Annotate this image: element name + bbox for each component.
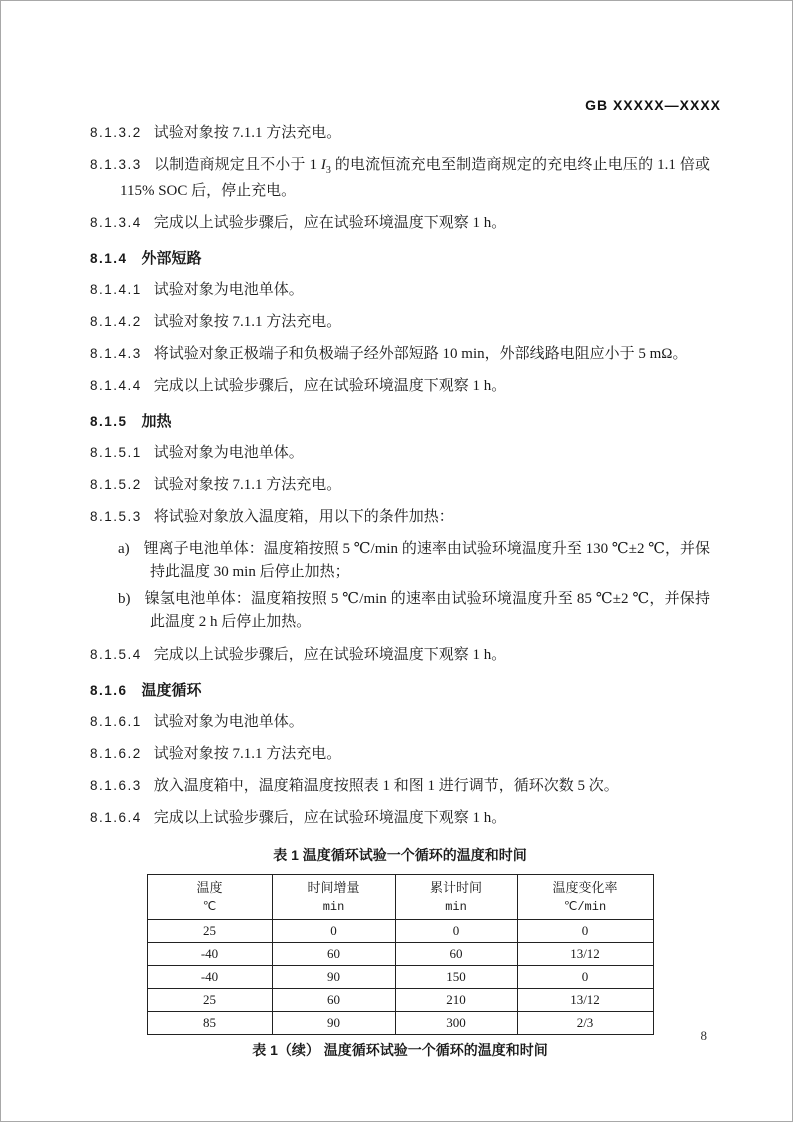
heating-conditions-list: a)锂离子电池单体：温度箱按照 5 ℃/min 的速率由试验环境温度升至 130… [90,538,710,634]
clause-text: 完成以上试验步骤后，应在试验环境温度下观察 1 h。 [154,378,507,394]
table-row: -40 60 60 13/12 [147,943,653,966]
heading-number: 8.1.5 [90,414,128,429]
clause-text: 将试验对象放入温度箱，用以下的条件加热： [154,509,454,525]
clause-text: 试验对象为电池单体。 [154,282,304,298]
list-marker: b) [118,591,131,607]
heading-number: 8.1.4 [90,251,128,266]
cell-temp-change-rate: 13/12 [517,943,653,966]
cell-temperature: -40 [147,943,272,966]
heading-8.1.5: 8.1.5加热 [90,411,710,432]
list-item-text: 锂离子电池单体：温度箱按照 5 ℃/min 的速率由试验环境温度升至 130 ℃… [144,541,710,580]
col-header-temperature: 温度 ℃ [147,875,272,920]
clause-8.1.5.3: 8.1.5.3将试验对象放入温度箱，用以下的条件加热： [90,506,710,528]
table1-title: 表 1 温度循环试验一个循环的温度和时间 [90,845,710,866]
clause-text: 试验对象为电池单体。 [154,714,304,730]
table-row: 85 90 300 2/3 [147,1012,653,1035]
clause-text: 将试验对象正极端子和负极端子经外部短路 10 min，外部线路电阻应小于 5 m… [154,346,688,362]
table-row: 25 60 210 13/12 [147,989,653,1012]
heading-8.1.6: 8.1.6温度循环 [90,680,710,701]
clause-text: 完成以上试验步骤后，应在试验环境温度下观察 1 h。 [154,810,507,826]
clause-8.1.5.1: 8.1.5.1试验对象为电池单体。 [90,442,710,464]
col-header-name: 温度 [148,878,272,898]
clause-text-pre: 以制造商规定且不小于 1 [154,157,321,173]
clause-8.1.5.4: 8.1.5.4完成以上试验步骤后，应在试验环境温度下观察 1 h。 [90,644,710,666]
clause-8.1.3.2: 8.1.3.2试验对象按 7.1.1 方法充电。 [90,122,710,144]
clause-number: 8.1.5.4 [90,647,142,662]
clause-number: 8.1.5.1 [90,445,142,460]
cell-temp-change-rate: 0 [517,920,653,943]
heading-text: 外部短路 [142,250,202,267]
col-header-name: 累计时间 [396,878,517,898]
table-header-row: 温度 ℃ 时间增量 min 累计时间 min 温度变化率 ℃/min [147,875,653,920]
cell-cumulative-time: 60 [395,943,517,966]
clause-number: 8.1.6.4 [90,810,142,825]
heading-8.1.4: 8.1.4外部短路 [90,248,710,269]
clause-number: 8.1.3.2 [90,125,142,140]
clause-number: 8.1.4.2 [90,314,142,329]
cell-temperature: -40 [147,966,272,989]
col-header-unit: ℃/min [518,898,653,916]
col-header-name: 时间增量 [273,878,395,898]
clause-number: 8.1.3.4 [90,215,142,230]
clause-8.1.4.2: 8.1.4.2试验对象按 7.1.1 方法充电。 [90,311,710,333]
col-header-time-increment: 时间增量 min [272,875,395,920]
table-row: -40 90 150 0 [147,966,653,989]
cell-temp-change-rate: 13/12 [517,989,653,1012]
clause-8.1.6.2: 8.1.6.2试验对象按 7.1.1 方法充电。 [90,743,710,765]
clause-text: 试验对象为电池单体。 [154,445,304,461]
cell-temperature: 85 [147,1012,272,1035]
cell-time-increment: 90 [272,966,395,989]
col-header-unit: min [396,898,517,916]
list-marker: a) [118,541,130,557]
doc-code: GB XXXXX—XXXX [585,97,721,113]
list-item-text: 镍氢电池单体：温度箱按照 5 ℃/min 的速率由试验环境温度升至 85 ℃±2… [145,591,711,630]
col-header-temp-change-rate: 温度变化率 ℃/min [517,875,653,920]
heading-number: 8.1.6 [90,683,128,698]
clause-8.1.3.3: 8.1.3.3以制造商规定且不小于 1 I3 的电流恒流充电至制造商规定的充电终… [90,154,710,202]
clause-8.1.6.1: 8.1.6.1试验对象为电池单体。 [90,711,710,733]
cell-cumulative-time: 0 [395,920,517,943]
clause-text: 完成以上试验步骤后，应在试验环境温度下观察 1 h。 [154,215,507,231]
clause-number: 8.1.3.3 [90,157,142,172]
col-header-cumulative-time: 累计时间 min [395,875,517,920]
cell-temp-change-rate: 2/3 [517,1012,653,1035]
clause-number: 8.1.4.4 [90,378,142,393]
clause-text: 试验对象按 7.1.1 方法充电。 [154,746,342,762]
clause-text: 试验对象按 7.1.1 方法充电。 [154,477,342,493]
table1-temperature-cycle: 温度 ℃ 时间增量 min 累计时间 min 温度变化率 ℃/min [147,874,654,1035]
clause-text: 试验对象按 7.1.1 方法充电。 [154,314,342,330]
cell-cumulative-time: 150 [395,966,517,989]
col-header-unit: ℃ [148,898,272,916]
clause-text: 放入温度箱中，温度箱温度按照表 1 和图 1 进行调节，循环次数 5 次。 [154,778,619,794]
col-header-unit: min [273,898,395,916]
heading-text: 温度循环 [142,682,202,699]
clause-8.1.4.3: 8.1.4.3将试验对象正极端子和负极端子经外部短路 10 min，外部线路电阻… [90,343,710,365]
clause-8.1.5.2: 8.1.5.2试验对象按 7.1.1 方法充电。 [90,474,710,496]
cell-temperature: 25 [147,989,272,1012]
clause-number: 8.1.4.3 [90,346,142,361]
clause-8.1.6.3: 8.1.6.3放入温度箱中，温度箱温度按照表 1 和图 1 进行调节，循环次数 … [90,775,710,797]
clause-text: 完成以上试验步骤后，应在试验环境温度下观察 1 h。 [154,647,507,663]
clause-number: 8.1.6.1 [90,714,142,729]
col-header-name: 温度变化率 [518,878,653,898]
cell-time-increment: 0 [272,920,395,943]
table-row: 25 0 0 0 [147,920,653,943]
cell-temperature: 25 [147,920,272,943]
clause-8.1.4.4: 8.1.4.4完成以上试验步骤后，应在试验环境温度下观察 1 h。 [90,375,710,397]
cell-time-increment: 90 [272,1012,395,1035]
clause-number: 8.1.5.3 [90,509,142,524]
clause-text: 试验对象按 7.1.1 方法充电。 [154,125,342,141]
cell-temp-change-rate: 0 [517,966,653,989]
list-item-a: a)锂离子电池单体：温度箱按照 5 ℃/min 的速率由试验环境温度升至 130… [90,538,710,584]
cell-time-increment: 60 [272,943,395,966]
clause-number: 8.1.6.3 [90,778,142,793]
cell-cumulative-time: 210 [395,989,517,1012]
clause-8.1.4.1: 8.1.4.1试验对象为电池单体。 [90,279,710,301]
cell-time-increment: 60 [272,989,395,1012]
page-content: 8.1.3.2试验对象按 7.1.1 方法充电。 8.1.3.3以制造商规定且不… [90,122,710,1061]
clause-8.1.6.4: 8.1.6.4完成以上试验步骤后，应在试验环境温度下观察 1 h。 [90,807,710,829]
clause-8.1.3.4: 8.1.3.4完成以上试验步骤后，应在试验环境温度下观察 1 h。 [90,212,710,234]
cell-cumulative-time: 300 [395,1012,517,1035]
table1-continued-caption: 表 1（续） 温度循环试验一个循环的温度和时间 [90,1040,710,1061]
page-number: 8 [701,1028,708,1044]
list-item-b: b)镍氢电池单体：温度箱按照 5 ℃/min 的速率由试验环境温度升至 85 ℃… [90,588,710,634]
clause-number: 8.1.4.1 [90,282,142,297]
clause-number: 8.1.6.2 [90,746,142,761]
heading-text: 加热 [142,413,172,430]
clause-number: 8.1.5.2 [90,477,142,492]
document-page: GB XXXXX—XXXX 8.1.3.2试验对象按 7.1.1 方法充电。 8… [0,0,793,1122]
